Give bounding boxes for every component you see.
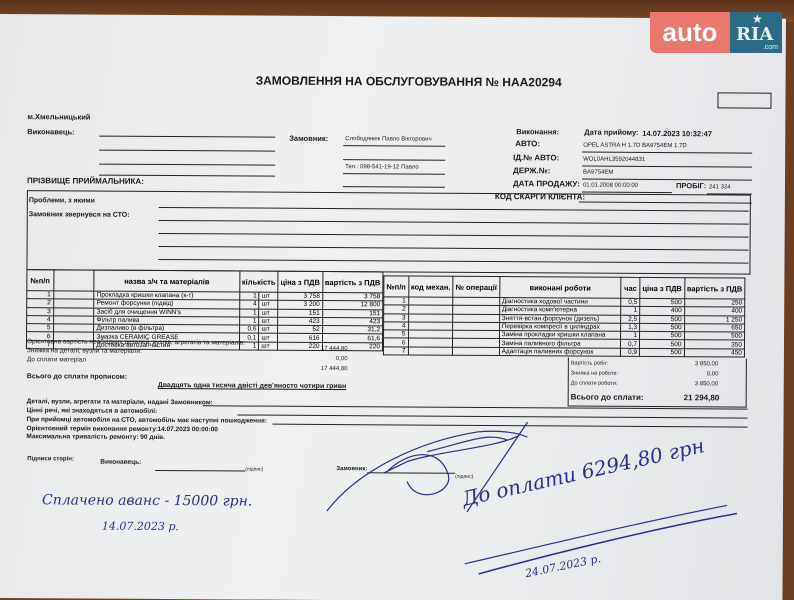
work-hours: 1,3 (621, 323, 640, 331)
row-blank (53, 316, 94, 325)
watermark-suffix: .com (763, 44, 778, 51)
vin-label: ІД.№ АВТО: (513, 153, 559, 162)
work-price: 500 (640, 332, 685, 341)
work-price: 500 (640, 323, 685, 332)
col-blank (53, 270, 94, 291)
works-cost: 3 850,00 (695, 361, 718, 367)
eta-value: 14.07.2023 00:00:00 (157, 426, 217, 433)
city: м.Хмельницький (27, 112, 90, 121)
document-title: ЗАМОВЛЕННЯ НА ОБСЛУГОВУВАННЯ № НАА20294 (256, 74, 562, 90)
work-price: 500 (640, 340, 685, 349)
part-unit: шт (259, 325, 278, 333)
mechanic-code (408, 330, 453, 339)
part-price: 52 (278, 325, 323, 334)
operation-number (453, 330, 500, 339)
parts-estimate: 17 444,80 (321, 346, 348, 352)
row-blank (53, 299, 94, 308)
operation-number (453, 347, 500, 356)
total-in-words-label: Всього до сплати прописом: (27, 373, 127, 381)
works-due: 3 850,00 (695, 381, 718, 387)
work-price: 400 (640, 307, 685, 316)
part-unit: шт (259, 300, 278, 308)
works-discount-label: Знижка на роботи: (571, 370, 618, 376)
customer-label: Замовник: (289, 134, 328, 143)
part-price: 616 (278, 334, 323, 343)
max-duration-note: Максимальна тривалість ремонту: 90 днів. (26, 433, 165, 441)
part-unit: шт (259, 342, 278, 350)
operation-number (453, 314, 500, 323)
mechanic-code (408, 338, 453, 347)
work-hours: 1 (621, 307, 640, 315)
work-name: Заміна прокладки кришки клапана (499, 331, 621, 340)
eta-label: Орієнтовний термін виконання ремонту: (26, 425, 157, 433)
col-number: №п/п (384, 276, 409, 297)
operation-number (453, 339, 500, 348)
col-name: назва з/ч та матеріалів (94, 270, 239, 292)
row-blank (53, 291, 94, 300)
executor-label: Виконавець: (27, 127, 74, 136)
customer-name: Слободянюк Павло Вікторович (345, 136, 431, 143)
work-name: Діагностика комп'ютерна (499, 306, 621, 315)
plate-label: ДЕРЖ.№: (513, 166, 550, 175)
works-table: №п/п код механ. № операції виконані робо… (383, 275, 745, 357)
mechanic-code (408, 305, 453, 314)
row-number: 7 (383, 347, 408, 355)
intake-date-label: Дата прийому: (584, 128, 638, 137)
autoria-watermark: auto ★ RIA .com (650, 12, 782, 53)
damages-note: При прийомці автомобіля на СТО, автомобі… (27, 416, 267, 424)
works-discount: 0,00 (707, 371, 719, 377)
row-number: 4 (27, 316, 54, 324)
work-hours: 2,5 (621, 315, 640, 323)
operation-number (453, 306, 500, 315)
service-order-document: ЗАМОВЛЕННЯ НА ОБСЛУГОВУВАННЯ № НАА20294 … (0, 14, 786, 600)
row-number: 2 (384, 305, 409, 313)
part-qty: 1 (239, 317, 259, 325)
part-unit: шт (259, 334, 278, 342)
col-operation: № операції (453, 276, 500, 297)
vin-value: WOL0AHL3592044831 (583, 157, 645, 163)
row-number: 1 (27, 291, 54, 299)
work-hours: 1 (621, 331, 640, 339)
grand-total: 21 294,80 (684, 393, 720, 402)
car-label: АВТО: (515, 139, 540, 148)
work-total: 450 (684, 348, 745, 357)
row-number: 2 (27, 299, 54, 307)
row-number: 1 (384, 297, 409, 305)
col-total: вартість з ПДВ (322, 271, 383, 292)
part-price: 423 (278, 317, 323, 326)
mechanic-code (408, 314, 453, 323)
works-row: 7Адаптація паливних форсунок0,9500450 (383, 347, 744, 358)
part-unit: шт (259, 292, 278, 300)
watermark-auto: auto (650, 12, 730, 53)
total-in-words: Двадцять одна тисяча двісті дев'яносто ч… (158, 382, 347, 390)
executor-signature-label: Виконавець: (100, 459, 141, 466)
col-work: виконані роботи (499, 277, 621, 299)
col-price: ціна з ПДВ (640, 277, 685, 298)
mileage-value: 241 324 (709, 184, 731, 190)
row-number: 5 (27, 324, 54, 332)
work-hours: 0,7 (621, 340, 640, 348)
stamp-box (717, 92, 771, 108)
mechanic-code (408, 322, 453, 331)
parts-provided-note: Деталі, вузли, агрегати та матеріали, на… (27, 398, 213, 406)
problems-label-2: Замовник звернувся на СТО: (29, 211, 130, 219)
work-price: 500 (639, 348, 684, 357)
parts-discount-label: Знижка на деталі, вузли та матеріали: (27, 347, 142, 355)
receiver-label: ПРІЗВИЩЕ ПРИЙМАЛЬНИКА: (27, 176, 144, 186)
work-hours: 0,5 (621, 298, 640, 306)
part-qty: 4 (239, 300, 259, 308)
part-unit: шт (259, 317, 278, 325)
work-name: Адаптація паливних форсунок (499, 347, 621, 356)
row-blank (53, 324, 94, 333)
col-quantity: кількість (239, 271, 278, 292)
problems-label: Проблеми, з якими (29, 197, 95, 204)
valuables-note: Цінні речі, які знаходяться в автомобілі… (27, 407, 158, 415)
row-number: 4 (384, 322, 409, 330)
mechanic-code (408, 347, 453, 356)
mileage-label: ПРОБІГ: (676, 181, 706, 190)
work-name: Заміна паливного фільтра (499, 339, 621, 348)
parts-discount: 0,00 (336, 356, 348, 362)
part-qty: 1 (239, 292, 259, 300)
part-price: 220 (278, 342, 323, 351)
part-qty: 0,6 (239, 325, 259, 333)
handwritten-underline (457, 502, 737, 584)
col-price: ціна з ПДВ (278, 271, 323, 292)
part-price: 3 200 (278, 300, 323, 309)
work-name: Зняття-встан.форсунок (дизель) (499, 314, 621, 323)
part-unit: шт (259, 309, 278, 317)
handwritten-advance-note: Сплачено аванс - 15000 грн. (42, 492, 252, 509)
mechanic-code (408, 297, 453, 306)
sale-date-value: 01.01.2008 00:00:00 (583, 183, 638, 189)
intake-date: 14.07.2023 10:32:47 (642, 129, 712, 138)
handwritten-advance-date: 14.07.2023 р. (102, 520, 179, 533)
part-qty: 1 (239, 309, 259, 317)
row-number: 3 (27, 307, 54, 315)
col-total: вартість з ПДВ (684, 278, 745, 299)
work-price: 500 (640, 315, 685, 324)
watermark-ria: RIA (736, 24, 773, 45)
executor-sign-hint: (підпис) (245, 467, 263, 473)
row-number: 5 (384, 330, 409, 338)
work-hours: 0,9 (621, 348, 640, 356)
works-cost-label: Вартість робіт: (571, 360, 609, 366)
works-due-label: До сплати роботи: (571, 380, 618, 386)
execution-label: Виконання: (516, 127, 559, 136)
parts-estimate-label: Орієнтовна вартість необхідних деталей, … (27, 338, 245, 346)
col-number: №п/п (27, 270, 54, 291)
car-value: OPEL ASTRA H 1.7D BA9754EM 1.7D (583, 143, 687, 150)
col-mechanic-code: код механ. (408, 276, 453, 297)
grand-total-label: Всього до сплати: (571, 392, 644, 401)
parts-due: 17 444,80 (321, 366, 348, 372)
row-blank (53, 307, 94, 316)
customer-phone: Тел.: 098-541-19-12 Павло (345, 164, 419, 170)
work-name: Перевірка компресії в циліндрах (499, 322, 621, 331)
col-hours: час (621, 277, 640, 298)
part-price: 151 (278, 309, 323, 318)
signatures-label: Підписи сторін: (27, 456, 74, 462)
operation-number (453, 297, 500, 306)
row-number: 3 (384, 313, 409, 321)
work-price: 500 (640, 298, 685, 307)
operation-number (453, 322, 500, 331)
plate-value: BA9754EM (583, 170, 613, 176)
part-price: 3 758 (278, 292, 323, 301)
sale-date-label: ДАТА ПРОДАЖУ: (513, 179, 580, 188)
row-number: 6 (383, 338, 408, 346)
parts-due-label: До сплати матеріал (27, 356, 86, 363)
